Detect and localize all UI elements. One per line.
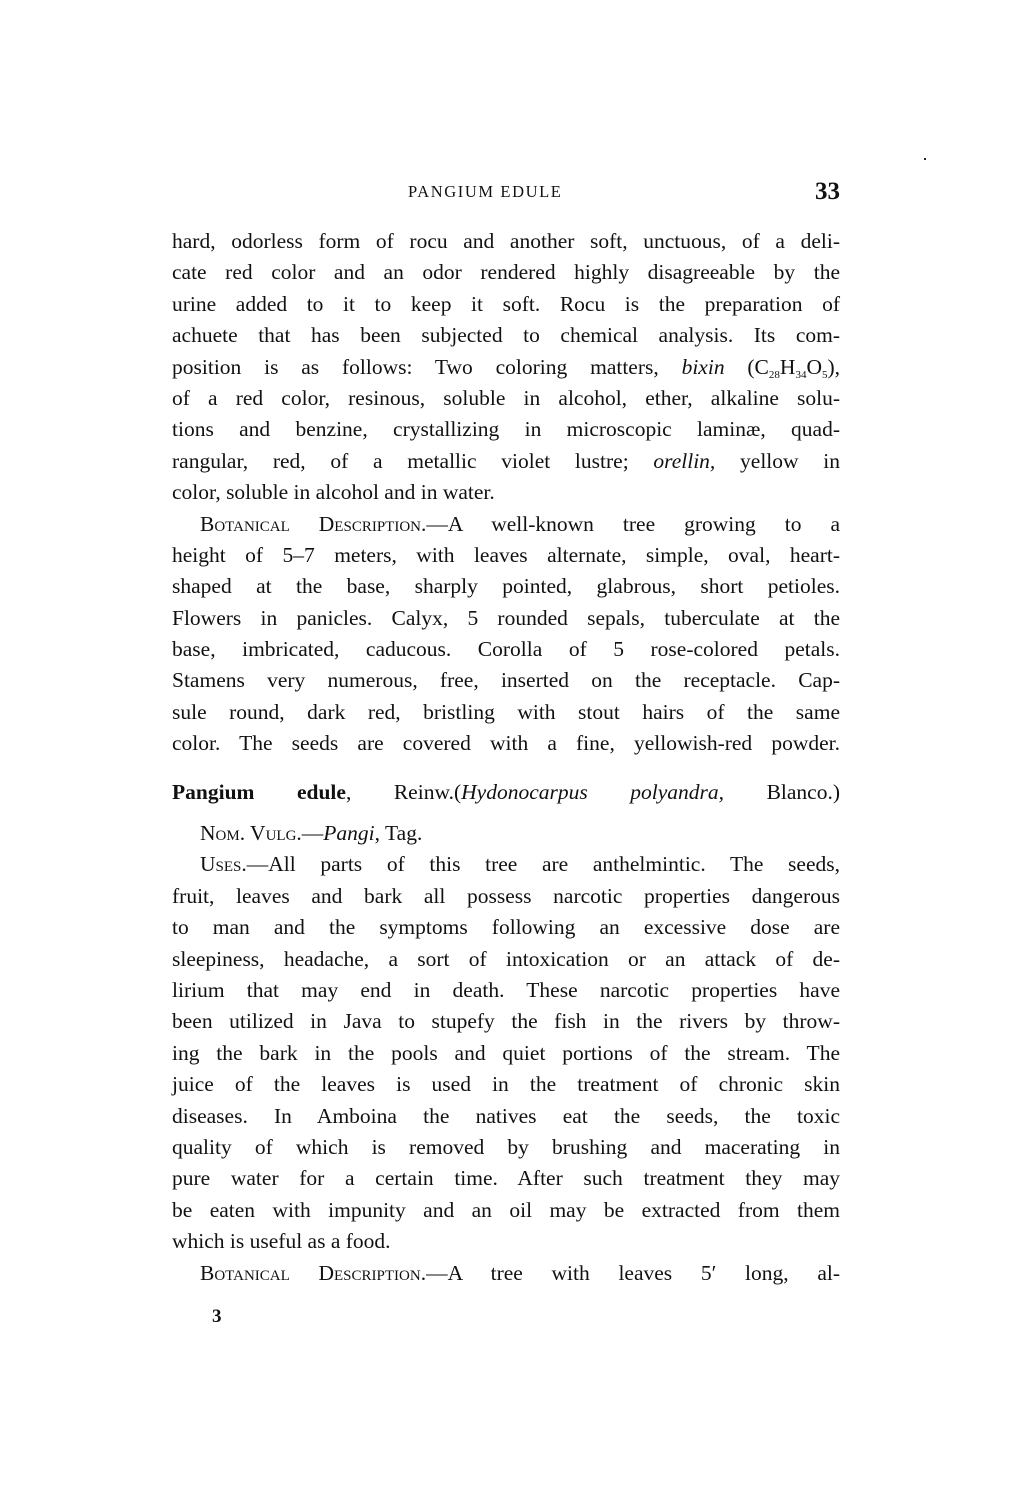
text-line: to man and the symptoms following an exc… bbox=[172, 912, 840, 943]
body-text: hard, odorless form of rocu and another … bbox=[172, 226, 840, 1289]
paragraph-uses: Uses.—All parts of this tree are anthelm… bbox=[172, 849, 840, 1257]
scan-speck bbox=[924, 158, 926, 160]
section-label: Botanical Description. bbox=[200, 1261, 426, 1285]
text-line: cate red color and an odor rendered high… bbox=[172, 257, 840, 288]
text-line: diseases. In Amboina the natives eat the… bbox=[172, 1101, 840, 1132]
text-line: height of 5–7 meters, with leaves altern… bbox=[172, 540, 840, 571]
running-header: PANGIUM EDULE 33 bbox=[172, 180, 840, 206]
text-line: rangular, red, of a metallic violet lust… bbox=[172, 446, 840, 477]
text-line: quality of which is removed by brushing … bbox=[172, 1132, 840, 1163]
text-line: which is useful as a food. bbox=[172, 1226, 840, 1257]
text-line: tions and benzine, crystallizing in micr… bbox=[172, 414, 840, 445]
species-heading: Pangium edule, Reinw.(Hydonocarpus polya… bbox=[172, 777, 840, 808]
text-line: urine added to it to keep it soft. Rocu … bbox=[172, 289, 840, 320]
text-line: juice of the leaves is used in the treat… bbox=[172, 1069, 840, 1100]
paragraph-rocu: hard, odorless form of rocu and another … bbox=[172, 226, 840, 509]
section-label: Uses. bbox=[200, 852, 247, 876]
text-line: color. The seeds are covered with a fine… bbox=[172, 728, 840, 759]
text-line: color, soluble in alcohol and in water. bbox=[172, 477, 840, 508]
text-line: hard, odorless form of rocu and another … bbox=[172, 226, 840, 257]
text-line: Uses.—All parts of this tree are anthelm… bbox=[172, 849, 840, 880]
text-line: lirium that may end in death. These narc… bbox=[172, 975, 840, 1006]
vernacular-name: Nom. Vulg.—Pangi, Tag. bbox=[172, 818, 840, 849]
text-line: sule round, dark red, bristling with sto… bbox=[172, 697, 840, 728]
text-line: fruit, leaves and bark all possess narco… bbox=[172, 881, 840, 912]
text-line: of a red color, resinous, soluble in alc… bbox=[172, 383, 840, 414]
text-line: base, imbricated, caducous. Corolla of 5… bbox=[172, 634, 840, 665]
section-label: Nom. Vulg. bbox=[200, 821, 302, 845]
text-line: ing the bark in the pools and quiet port… bbox=[172, 1038, 840, 1069]
section-label: Botanical Description. bbox=[200, 512, 426, 536]
species-author: , Reinw. bbox=[346, 780, 454, 804]
text-line-formula: position is as follows: Two coloring mat… bbox=[172, 352, 840, 383]
text-line: Flowers in panicles. Calyx, 5 rounded se… bbox=[172, 603, 840, 634]
text-line: Botanical Description.—A tree with leave… bbox=[172, 1258, 840, 1289]
term-bixin: bixin bbox=[682, 355, 725, 379]
text-line: been utilized in Java to stupefy the fis… bbox=[172, 1006, 840, 1037]
book-page: PANGIUM EDULE 33 hard, odorless form of … bbox=[0, 0, 1010, 1506]
text-line: sleepiness, headache, a sort of intoxica… bbox=[172, 944, 840, 975]
text-line: pure water for a certain time. After suc… bbox=[172, 1163, 840, 1194]
text-line: achuete that has been subjected to chemi… bbox=[172, 320, 840, 351]
signature-mark: 3 bbox=[212, 1306, 222, 1328]
running-title: PANGIUM EDULE bbox=[408, 182, 562, 202]
chemical-formula: (C28H34O5), bbox=[725, 355, 840, 379]
text-line: Botanical Description.—A well-known tree… bbox=[172, 509, 840, 540]
text-line: shaped at the base, sharply pointed, gla… bbox=[172, 571, 840, 602]
text-line: be eaten with impunity and an oil may be… bbox=[172, 1195, 840, 1226]
paragraph-botanical-description-1: Botanical Description.—A well-known tree… bbox=[172, 509, 840, 760]
species-synonym: Hydonocarpus polyandra, bbox=[461, 780, 724, 804]
term-orellin: orellin, bbox=[653, 449, 715, 473]
page-number: 33 bbox=[815, 178, 840, 206]
text-line: Stamens very numerous, free, inserted on… bbox=[172, 665, 840, 696]
species-name: Pangium edule bbox=[172, 780, 346, 804]
